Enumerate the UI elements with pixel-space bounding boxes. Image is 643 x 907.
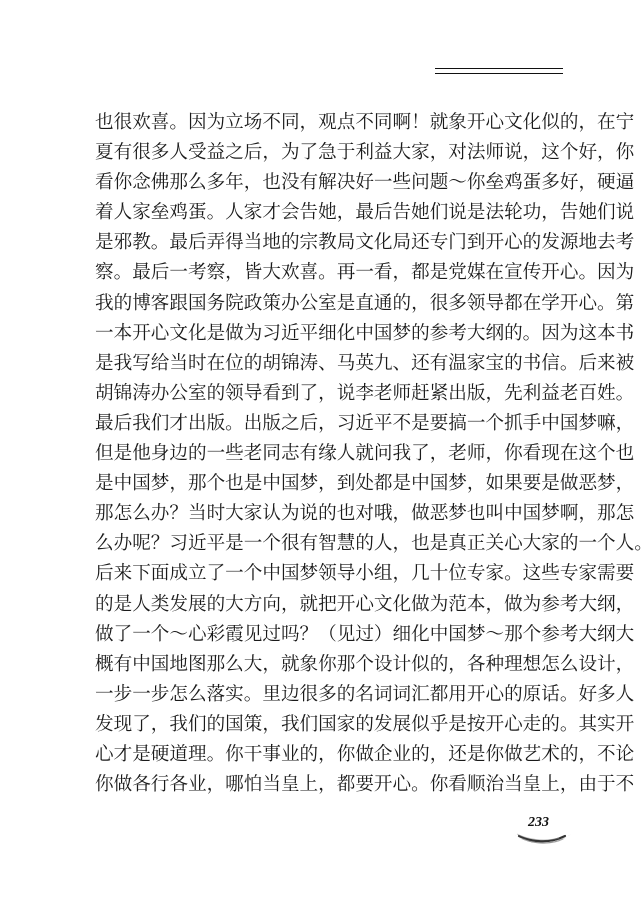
text-line: 最后我们才出版。出版之后，习近平不是要搞一个抓手中国梦嘛， (95, 409, 565, 439)
text-line: 的是人类发展的大方向，就把开心文化做为范本，做为参考大纲， (95, 590, 565, 620)
text-line: 一步一步怎么落实。里边很多的名词词汇都用开心的原话。好多人 (95, 680, 565, 710)
text-line: 你做各行各业，哪怕当皇上，都要开心。你看顺治当皇上，由于不 (95, 770, 565, 800)
text-line: 是中国梦，那个也是中国梦，到处都是中国梦，如果要是做恶梦， (95, 469, 565, 499)
text-line: 发现了，我们的国策，我们国家的发展似乎是按开心走的。其实开 (95, 710, 565, 740)
text-line: 也很欢喜。因为立场不同，观点不同啊！就象开心文化似的，在宁 (95, 108, 565, 138)
text-line: 但是他身边的一些老同志有缘人就问我了，老师，你看现在这个也 (95, 439, 565, 469)
text-line: 夏有很多人受益之后，为了急于利益大家，对法师说，这个好，你 (95, 138, 565, 168)
text-line: 后来下面成立了一个中国梦领导小组，几十位专家。这些专家需要 (95, 559, 565, 589)
brush-stroke-icon (513, 830, 573, 850)
text-line: 看你念佛那么多年，也没有解决好一些问题～你垒鸡蛋多好，硬逼 (95, 168, 565, 198)
text-line: 概有中国地图那么大，就象你那个设计似的，各种理想怎么设计， (95, 650, 565, 680)
text-line: 我的博客跟国务院政策办公室是直通的，很多领导都在学开心。第 (95, 289, 565, 319)
text-line: 察。最后一考察，皆大欢喜。再一看，都是党媒在宣传开心。因为 (95, 258, 565, 288)
header-double-rule (435, 68, 563, 74)
page-number: 233 (528, 815, 549, 831)
text-line: 胡锦涛办公室的领导看到了，说李老师赶紧出版，先利益老百姓。 (95, 379, 565, 409)
text-line: 是我写给当时在位的胡锦涛、马英九、还有温家宝的书信。后来被 (95, 349, 565, 379)
text-line: 那怎么办？当时大家认为说的也对哦，做恶梦也叫中国梦啊，那怎 (95, 499, 565, 529)
text-line: 是邪教。最后弄得当地的宗教局文化局还专门到开心的发源地去考 (95, 228, 565, 258)
text-line: 做了一个～心彩霞见过吗？（见过）细化中国梦～那个参考大纲大 (95, 620, 565, 650)
text-line: 么办呢？习近平是一个很有智慧的人，也是真正关心大家的一个人。 (95, 529, 565, 559)
text-line: 着人家垒鸡蛋。人家才会告她，最后告她们说是法轮功，告她们说 (95, 198, 565, 228)
text-line: 一本开心文化是做为习近平细化中国梦的参考大纲的。因为这本书 (95, 319, 565, 349)
body-text: 也很欢喜。因为立场不同，观点不同啊！就象开心文化似的，在宁 夏有很多人受益之后，… (95, 108, 565, 800)
text-line: 心才是硬道理。你干事业的，你做企业的，还是你做艺术的，不论 (95, 740, 565, 770)
